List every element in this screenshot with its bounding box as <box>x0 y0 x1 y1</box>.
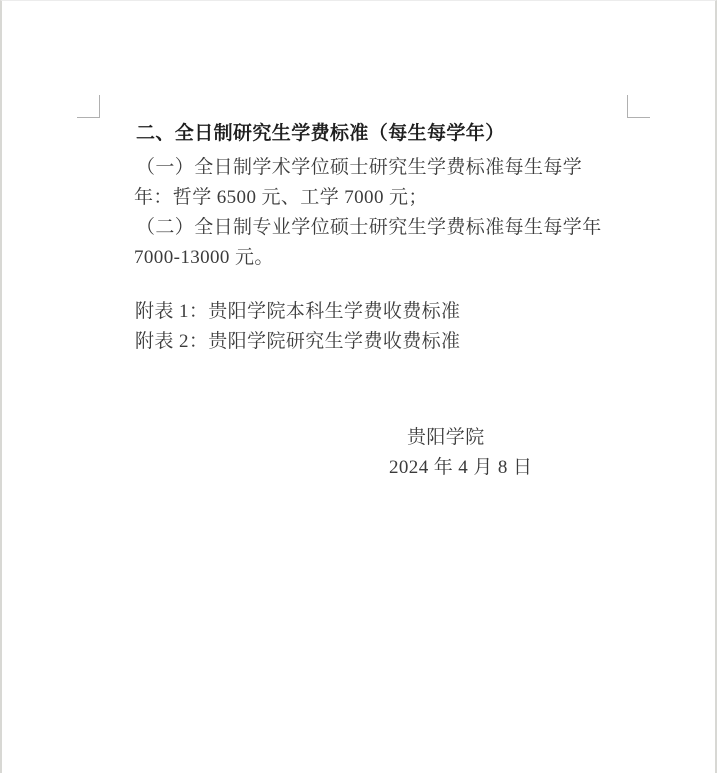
body-line-3: （二）全日制专业学位硕士研究生学费标准每生每学年 <box>136 218 602 237</box>
body-line-4: 7000-13000 元。 <box>134 248 274 267</box>
body-line-2: 年：哲学 6500 元、工学 7000 元； <box>134 188 428 207</box>
margin-crop-mark-top-left <box>77 95 100 118</box>
section-heading: 二、全日制研究生学费标准（每生每学年） <box>136 124 505 143</box>
margin-crop-mark-top-right <box>627 95 650 118</box>
body-line-1: （一）全日制学术学位硕士研究生学费标准每生每学 <box>136 158 582 177</box>
document-page: 二、全日制研究生学费标准（每生每学年） （一）全日制学术学位硕士研究生学费标准每… <box>0 0 717 773</box>
signature-date: 2024 年 4 月 8 日 <box>389 458 532 477</box>
attachment-line-1: 附表 1：贵阳学院本科生学费收费标准 <box>135 302 460 321</box>
signature-organization: 贵阳学院 <box>407 428 485 447</box>
attachment-line-2: 附表 2：贵阳学院研究生学费收费标准 <box>135 332 460 351</box>
